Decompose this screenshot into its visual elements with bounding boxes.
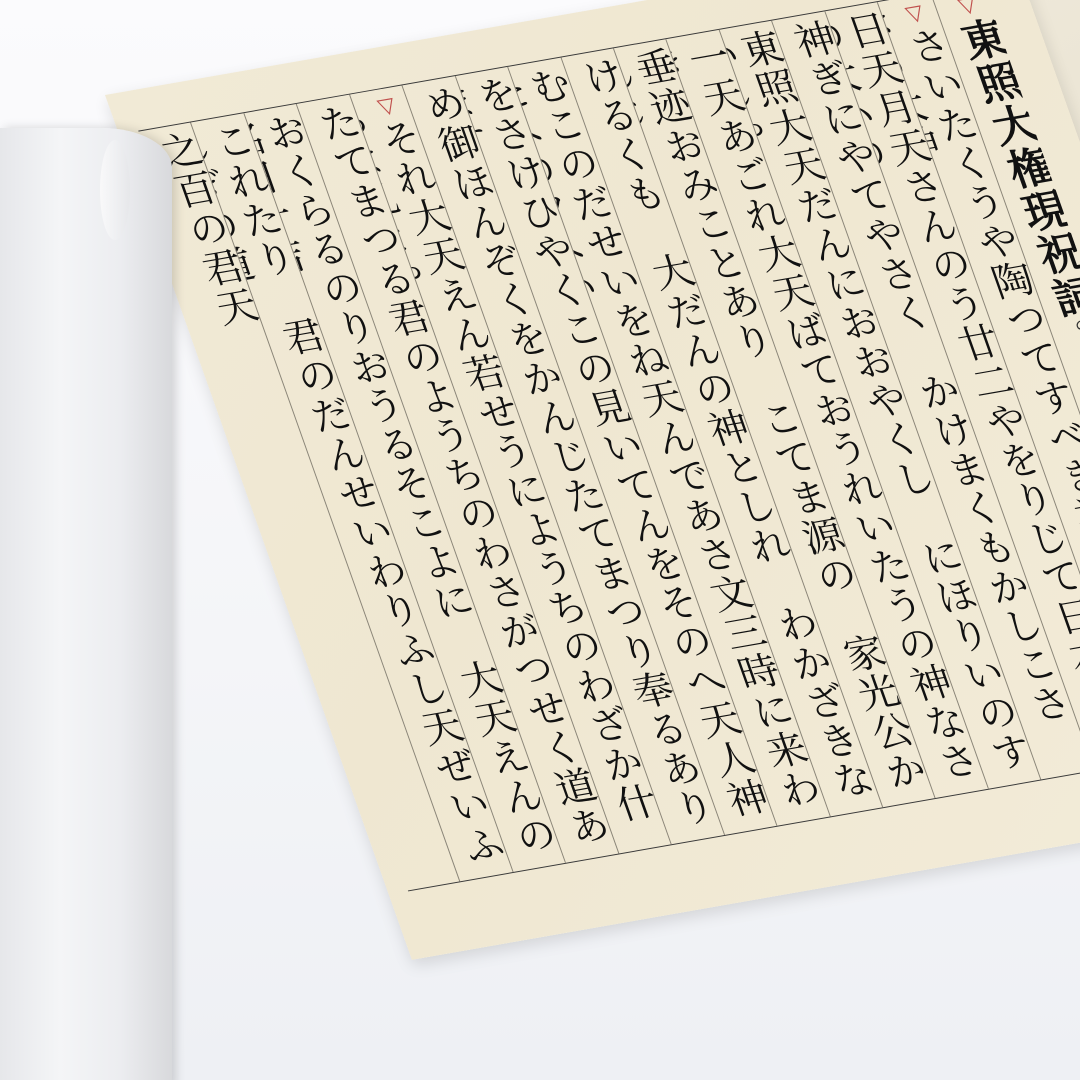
title-furigana: のりと [1071, 317, 1080, 364]
text-columns: ▽東照大権現祝詞のりと ▽さいたくうや陶つてすべき神も天せうくさう大神 日天月天… [138, 0, 1080, 891]
manuscript-page: ▽東照大権現祝詞のりと ▽さいたくうや陶つてすべき神も天せうくさう大神 日天月天… [105, 0, 1080, 960]
roll-highlight [100, 140, 130, 240]
rolled-paper-left [0, 128, 172, 1080]
